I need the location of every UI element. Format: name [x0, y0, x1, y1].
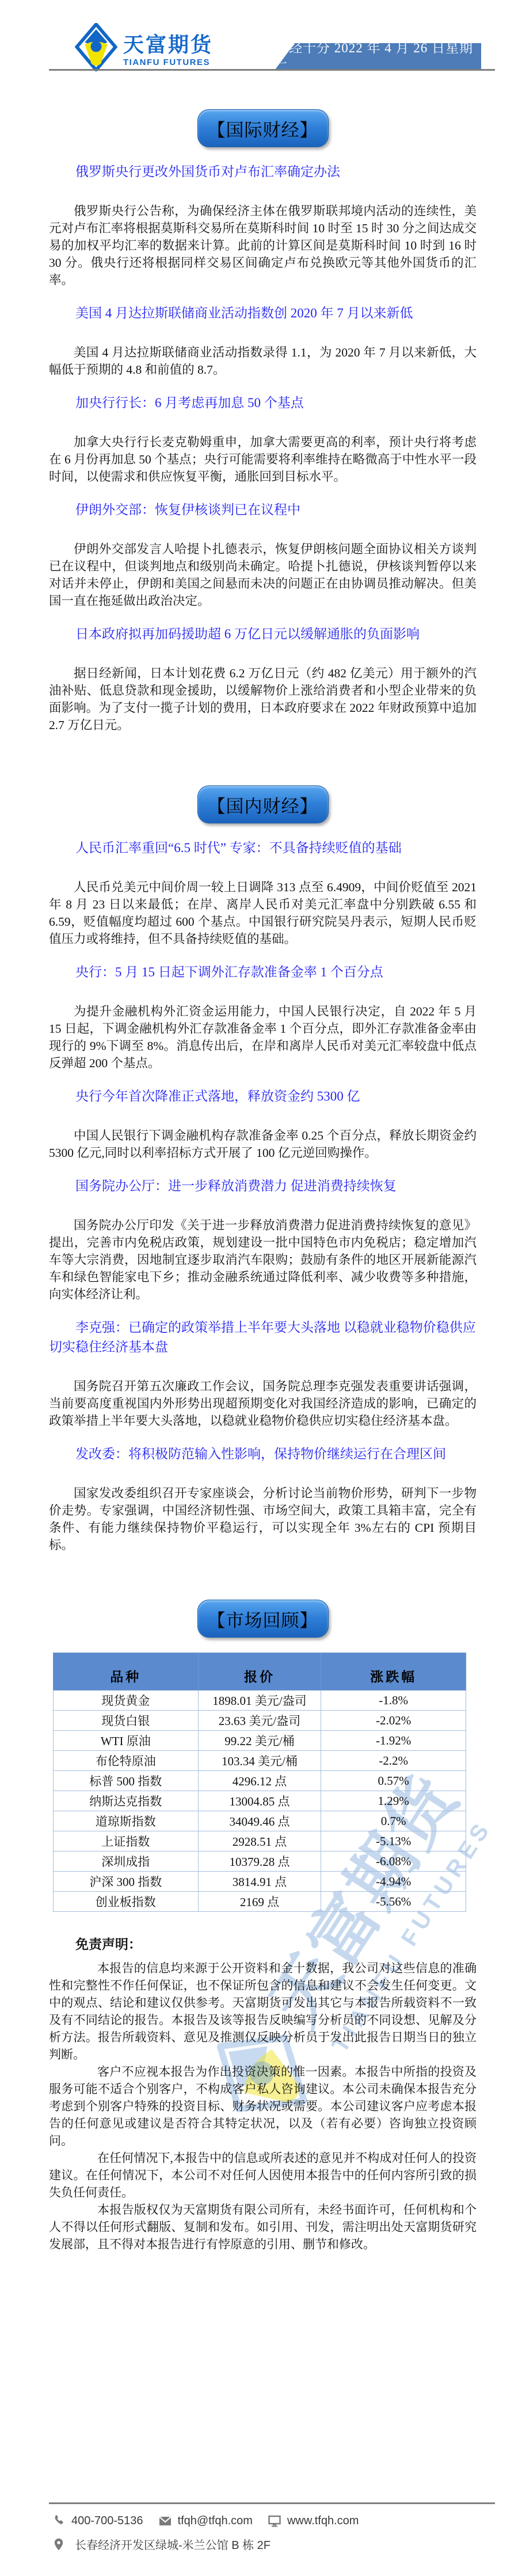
news-title: 央行今年首次降准正式落地，释放资金约 5300 亿 — [49, 1087, 477, 1106]
news-body: 美国 4 月达拉斯联储商业活动指数录得 1.1，为 2020 年 7 月以来新低… — [49, 344, 477, 378]
table-row: 沪深 300 指数 3814.91 点 -4.94% — [54, 1872, 466, 1892]
disclaimer-paragraph: 本报告版权仅为天富期货有限公司所有，未经书面许可，任何机构和个人不得以任何形式翻… — [49, 2201, 477, 2253]
domestic-news-list: 人民币汇率重回“6.5 时代” 专家：不具备持续贬值的基础 人民币兑美元中间价周… — [49, 838, 477, 1554]
cell-variety: WTI 原油 — [54, 1731, 199, 1751]
cell-change: -4.94% — [321, 1872, 466, 1892]
section-button-international: 【国际财经】 — [197, 109, 329, 147]
cell-change: -6.08% — [321, 1851, 466, 1872]
news-title: 人民币汇率重回“6.5 时代” 专家：不具备持续贬值的基础 — [49, 838, 477, 858]
news-item: 美国 4 月达拉斯联储商业活动指数创 2020 年 7 月以来新低 美国 4 月… — [49, 304, 477, 378]
cell-change: -2.02% — [321, 1711, 466, 1731]
disclaimer-paragraphs: 本报告的信息均来源于公开资料和金十数据，我公司对这些信息的准确性和完整性不作任何… — [49, 1960, 477, 2253]
cell-change: -1.8% — [321, 1690, 466, 1711]
news-body: 国务院办公厅印发《关于进一步释放消费潜力促进消费持续恢复的意见》提出，完善市内免… — [49, 1217, 477, 1303]
news-item: 发改委：将积极防范输入性影响，保持物价继续运行在合理区间 国家发改委组织召开专家… — [49, 1444, 477, 1554]
news-body: 据日经新闻，日本计划花费 6.2 万亿日元（约 482 亿美元）用于额外的汽油补… — [49, 665, 477, 734]
table-row: WTI 原油 99.22 美元/桶 -1.92% — [54, 1731, 466, 1751]
company-address: 长春经济开发区绿城-米兰公馆 B 栋 2F — [75, 2536, 271, 2552]
news-title: 伊朗外交部：恢复伊核谈判已在议程中 — [49, 500, 477, 520]
disclaimer-paragraph: 客户不应视本报告为作出投资决策的惟一因素。本报告中所指的投资及服务可能不适合个别… — [49, 2063, 477, 2149]
table-row: 纳斯达克指数 13004.85 点 1.29% — [54, 1791, 466, 1811]
disclaimer-paragraph: 在任何情况下,本报告中的信息或所表述的意见并不构成对任何人的投资建议。在任何情况… — [49, 2149, 477, 2201]
location-pin-icon — [52, 2537, 66, 2551]
cell-change: 1.29% — [321, 1791, 466, 1811]
cell-price: 99.22 美元/桶 — [198, 1731, 321, 1751]
news-title: 美国 4 月达拉斯联储商业活动指数创 2020 年 7 月以来新低 — [49, 304, 477, 323]
news-body: 俄罗斯央行公告称，为确保经济主体在俄罗斯联邦境内活动的连续性，美元对卢布汇率将根… — [49, 202, 477, 289]
company-logo-text: 天富期货 TIANFU FUTURES — [123, 34, 213, 67]
news-body: 为提升金融机构外汇资金运用能力，中国人民银行决定，自 2022 年 5 月 15… — [49, 1003, 477, 1072]
news-title: 加央行行长：6 月考虑再加息 50 个基点 — [49, 393, 477, 413]
cell-variety: 上证指数 — [54, 1831, 199, 1851]
website-contact[interactable]: www.tfqh.com — [268, 2514, 359, 2528]
news-body: 国务院召开第五次廉政工作会议，国务院总理李克强发表重要讲话强调，当前要高度重视国… — [49, 1378, 477, 1429]
cell-price: 10379.28 点 — [198, 1851, 321, 1872]
news-title: 国务院办公厅：进一步释放消费潜力 促进消费持续恢复 — [49, 1176, 477, 1196]
news-item: 央行今年首次降准正式落地，释放资金约 5300 亿 中国人民银行下调金融机构存款… — [49, 1087, 477, 1161]
cell-variety: 道琼斯指数 — [54, 1811, 199, 1831]
table-row: 上证指数 2928.51 点 -5.13% — [54, 1831, 466, 1851]
date-banner: 财经十分 2022 年 4 月 26 日星期二 — [275, 43, 481, 70]
news-item: 伊朗外交部：恢复伊核谈判已在议程中 伊朗外交部发言人哈提卜扎德表示，恢复伊朗核问… — [49, 500, 477, 609]
company-logo-icon — [75, 23, 117, 71]
news-item: 李克强：已确定的政策举措上半年要大头落地 以稳就业稳物价稳供应切实稳住经济基本盘… — [49, 1318, 477, 1429]
company-name-en: TIANFU FUTURES — [123, 58, 213, 67]
footer-divider — [49, 2502, 495, 2504]
cell-change: -1.92% — [321, 1731, 466, 1751]
news-body: 中国人民银行下调金融机构存款准备金率 0.25 个百分点，释放长期资金约 530… — [49, 1127, 477, 1161]
main-content: 【国际财经】 俄罗斯央行更改外国货币对卢布汇率确定办法 俄罗斯央行公告称，为确保… — [0, 109, 518, 2253]
news-item: 国务院办公厅：进一步释放消费潜力 促进消费持续恢复 国务院办公厅印发《关于进一步… — [49, 1176, 477, 1303]
email-address[interactable]: tfqh@tfqh.com — [178, 2514, 253, 2528]
cell-price: 3814.91 点 — [198, 1872, 321, 1892]
section-button-domestic: 【国内财经】 — [197, 785, 329, 823]
news-body: 国家发改委组织召开专家座谈会，分析讨论当前物价形势，研判下一步物价走势。专家强调… — [49, 1485, 477, 1554]
phone-icon — [52, 2514, 66, 2528]
cell-variety: 现货白银 — [54, 1711, 199, 1731]
disclaimer-heading: 免责声明： — [49, 1934, 477, 1953]
phone-number: 400-700-5136 — [71, 2514, 143, 2528]
table-row: 现货黄金 1898.01 美元/盎司 -1.8% — [54, 1690, 466, 1711]
cell-price: 2169 点 — [198, 1892, 321, 1912]
news-title: 央行：5 月 15 日起下调外汇存款准备金率 1 个百分点 — [49, 963, 477, 982]
address-row: 长春经济开发区绿城-米兰公馆 B 栋 2F — [52, 2536, 271, 2552]
monitor-icon — [268, 2514, 281, 2528]
col-header-price: 报价 — [198, 1653, 321, 1690]
header: 天富期货 TIANFU FUTURES 财经十分 2022 年 4 月 26 日… — [0, 0, 518, 71]
cell-price: 103.34 美元/桶 — [198, 1751, 321, 1771]
cell-change: -2.2% — [321, 1751, 466, 1771]
cell-price: 2928.51 点 — [198, 1831, 321, 1851]
cell-change: 0.7% — [321, 1811, 466, 1831]
table-row: 创业板指数 2169 点 -5.56% — [54, 1892, 466, 1912]
company-name-cn: 天富期货 — [123, 34, 213, 55]
cell-variety: 纳斯达克指数 — [54, 1791, 199, 1811]
news-title: 俄罗斯央行更改外国货币对卢布汇率确定办法 — [49, 162, 477, 182]
cell-change: -5.56% — [321, 1892, 466, 1912]
news-title: 日本政府拟再加码援助超 6 万亿日元以缓解通胀的负面影响 — [49, 624, 477, 644]
table-row: 深圳成指 10379.28 点 -6.08% — [54, 1851, 466, 1872]
newsletter-page: 天富期货 TIANFU FUTURES 天富期货 TIANFU FUTURES … — [0, 0, 518, 2576]
news-item: 加央行行长：6 月考虑再加息 50 个基点 加拿大央行行长麦克勒姆重申，加拿大需… — [49, 393, 477, 485]
header-divider — [49, 69, 495, 71]
cell-variety: 布伦特原油 — [54, 1751, 199, 1771]
cell-variety: 深圳成指 — [54, 1851, 199, 1872]
cell-change: -5.13% — [321, 1831, 466, 1851]
cell-price: 23.63 美元/盎司 — [198, 1711, 321, 1731]
section-button-market-review: 【市场回顾】 — [197, 1600, 329, 1638]
cell-variety: 创业板指数 — [54, 1892, 199, 1912]
news-body: 伊朗外交部发言人哈提卜扎德表示，恢复伊朗核问题全面协议相关方谈判已在议程中，但谈… — [49, 540, 477, 609]
envelope-icon — [158, 2514, 172, 2528]
disclaimer-paragraph: 本报告的信息均来源于公开资料和金十数据，我公司对这些信息的准确性和完整性不作任何… — [49, 1960, 477, 2063]
news-item: 俄罗斯央行更改外国货币对卢布汇率确定办法 俄罗斯央行公告称，为确保经济主体在俄罗… — [49, 162, 477, 289]
website-url[interactable]: www.tfqh.com — [287, 2514, 359, 2528]
market-table: 品种 报价 涨跌幅 现货黄金 1898.01 美元/盎司 -1.8% 现货白银 — [53, 1653, 466, 1912]
table-row: 标普 500 指数 4296.12 点 0.57% — [54, 1771, 466, 1791]
contact-row: 400-700-5136 tfqh@tfqh.com www.tfqh.com — [52, 2514, 359, 2528]
col-header-variety: 品种 — [54, 1653, 199, 1690]
cell-price: 1898.01 美元/盎司 — [198, 1690, 321, 1711]
cell-price: 13004.85 点 — [198, 1791, 321, 1811]
news-item: 央行：5 月 15 日起下调外汇存款准备金率 1 个百分点 为提升金融机构外汇资… — [49, 963, 477, 1072]
email-contact[interactable]: tfqh@tfqh.com — [158, 2514, 253, 2528]
table-row: 布伦特原油 103.34 美元/桶 -2.2% — [54, 1751, 466, 1771]
cell-price: 34049.46 点 — [198, 1811, 321, 1831]
cell-change: 0.57% — [321, 1771, 466, 1791]
cell-variety: 沪深 300 指数 — [54, 1872, 199, 1892]
phone-contact: 400-700-5136 — [52, 2514, 143, 2528]
news-body: 人民币兑美元中间价周一较上日调降 313 点至 6.4909，中间价贬值至 20… — [49, 879, 477, 948]
market-table-header-row: 品种 报价 涨跌幅 — [54, 1653, 466, 1690]
cell-price: 4296.12 点 — [198, 1771, 321, 1791]
cell-variety: 标普 500 指数 — [54, 1771, 199, 1791]
table-row: 现货白银 23.63 美元/盎司 -2.02% — [54, 1711, 466, 1731]
news-item: 日本政府拟再加码援助超 6 万亿日元以缓解通胀的负面影响 据日经新闻，日本计划花… — [49, 624, 477, 734]
cell-variety: 现货黄金 — [54, 1690, 199, 1711]
news-item: 人民币汇率重回“6.5 时代” 专家：不具备持续贬值的基础 人民币兑美元中间价周… — [49, 838, 477, 948]
news-title: 李克强：已确定的政策举措上半年要大头落地 以稳就业稳物价稳供应切实稳住经济基本盘 — [49, 1318, 477, 1357]
table-row: 道琼斯指数 34049.46 点 0.7% — [54, 1811, 466, 1831]
col-header-change: 涨跌幅 — [321, 1653, 466, 1690]
news-title: 发改委：将积极防范输入性影响，保持物价继续运行在合理区间 — [49, 1444, 477, 1464]
news-body: 加拿大央行行长麦克勒姆重申，加拿大需要更高的利率，预计央行将考虑在 6 月份再加… — [49, 434, 477, 485]
intl-news-list: 俄罗斯央行更改外国货币对卢布汇率确定办法 俄罗斯央行公告称，为确保经济主体在俄罗… — [49, 162, 477, 734]
